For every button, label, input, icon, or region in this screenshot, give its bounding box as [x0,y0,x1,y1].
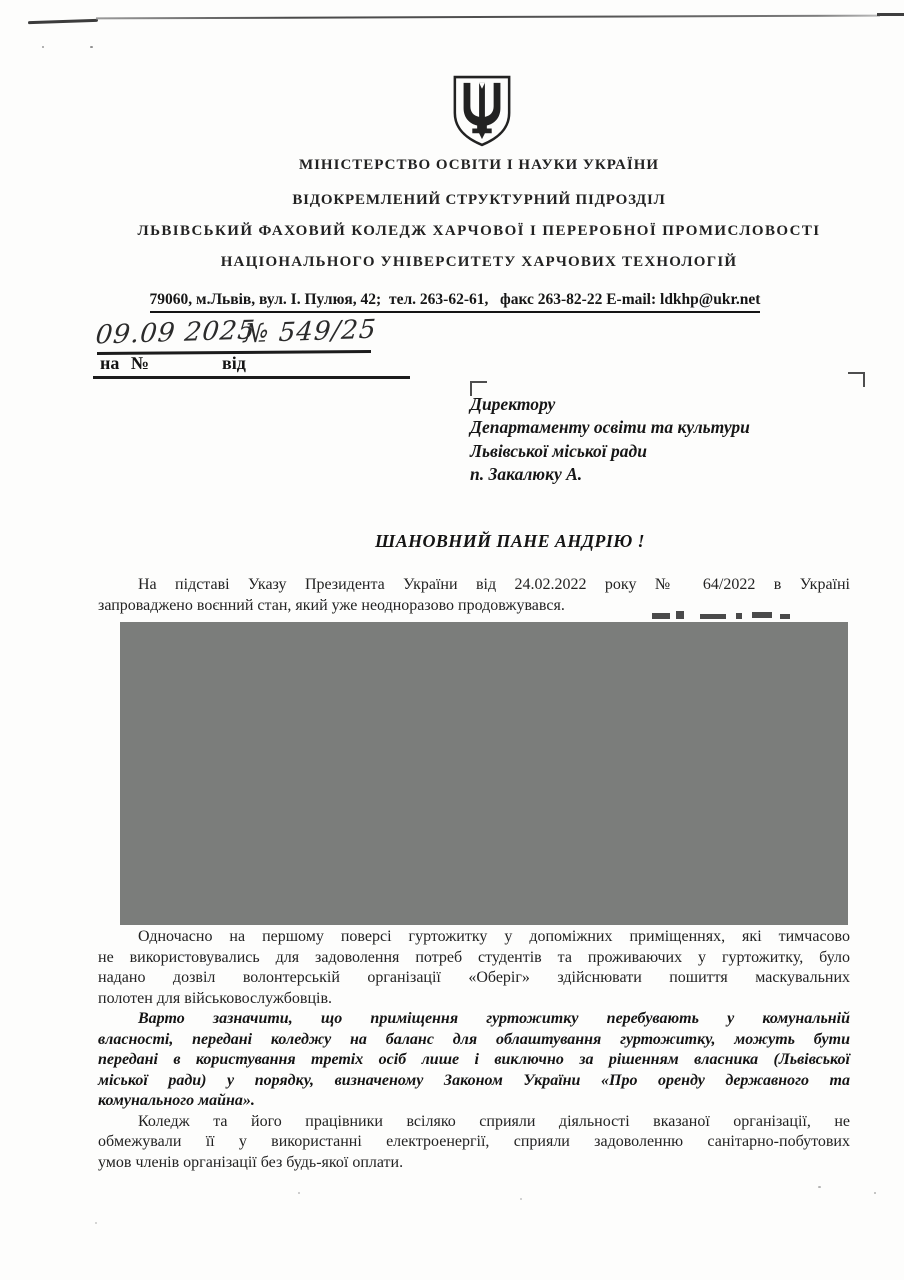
header-ministry: МІНІСТЕРСТВО ОСВІТИ І НАУКИ УКРАЇНИ [64,157,894,174]
scan-speck [520,1198,522,1200]
contact-text: 79060, м.Львів, вул. І. Пулюя, 42; тел. … [150,291,761,313]
redaction-block [120,622,848,925]
scan-speck [95,1222,97,1224]
scan-speck [90,46,93,48]
handwritten-date: 09.09 2025 [94,316,257,351]
scan-speck [42,46,44,48]
ukraine-trident-emblem [450,74,514,148]
body-text-line: Коледж та його працівники всіляко сприял… [98,1112,850,1133]
header-college-name: ЛЬВІВСЬКИЙ ФАХОВИЙ КОЛЕДЖ ХАРЧОВОЇ І ПЕР… [64,223,894,240]
body-text-line: міської ради) у порядку, визначеному Зак… [98,1071,850,1092]
after-redaction-paragraphs: Одночасно на першому поверсі гуртожитку … [98,927,850,1173]
recipient-council: Львівської міської ради [470,440,870,463]
scan-line-artifact [28,19,98,24]
clipped-text-artifact [752,612,772,618]
handwritten-doc-number: № 549/25 [243,315,378,350]
recipient-title: Директору [470,393,870,416]
reply-underline [93,376,410,379]
clipped-text-artifact [736,613,742,619]
body-text-line: не використовувались для задоволення пот… [98,948,850,969]
body-paragraph: На підставі Указу Президента України від… [98,575,850,616]
clipped-text-artifact [780,614,790,619]
recipient-department: Департаменту освіти та культури [470,416,870,439]
body-text-line: власності, передані коледжу на баланс дл… [98,1030,850,1051]
scan-speck [298,1192,300,1194]
body-text-line: полотен для військовослужбовців. [98,989,850,1010]
reply-from-label: від [222,353,246,374]
header-contact-line: 79060, м.Львів, вул. І. Пулюя, 42; тел. … [40,291,870,309]
scanned-letter-page: МІНІСТЕРСТВО ОСВІТИ І НАУКИ УКРАЇНИ ВІДО… [0,0,904,1280]
body-text-line: Варто зазначити, що приміщення гуртожитк… [98,1009,850,1030]
scan-line-artifact [96,15,880,20]
header-university-name: НАЦІОНАЛЬНОГО УНІВЕРСИТЕТУ ХАРЧОВИХ ТЕХН… [64,254,894,271]
body-paragraph: Одночасно на першому поверсі гуртожитку … [98,927,850,1009]
body-text-line: Одночасно на першому поверсі гуртожитку … [98,927,850,948]
scan-line-artifact [877,13,904,16]
salutation: ШАНОВНИЙ ПАНЕ АНДРІЮ ! [140,531,880,552]
recipient-person: п. Закалюку А. [470,463,870,486]
reply-number-label: на № [100,353,149,374]
body-paragraph: Коледж та його працівники всіляко сприял… [98,1112,850,1174]
intro-paragraphs: На підставі Указу Президента України від… [98,575,850,616]
clipped-text-artifact [652,613,670,619]
body-text-line: надано дозвіл волонтерській організації … [98,968,850,989]
recipient-block: Директору Департаменту освіти та культур… [470,393,870,487]
body-text-line: На підставі Указу Президента України від… [98,575,850,596]
body-text-line: умов членів організації без будь-якої оп… [98,1153,850,1174]
body-text-line: обмежували її у використанні електроенер… [98,1132,850,1153]
body-paragraph: Варто зазначити, що приміщення гуртожитк… [98,1009,850,1112]
clipped-text-artifact [676,611,684,619]
address-corner-mark-right [848,372,865,387]
body-text-line: комунального майна». [98,1091,850,1112]
clipped-text-artifact [700,614,726,619]
scan-speck [874,1192,876,1194]
scan-speck [818,1186,821,1188]
header-structural-unit: ВІДОКРЕМЛЕНИЙ СТРУКТУРНИЙ ПІДРОЗДІЛ [64,192,894,209]
body-text-line: передані в користування третіх осіб лише… [98,1050,850,1071]
